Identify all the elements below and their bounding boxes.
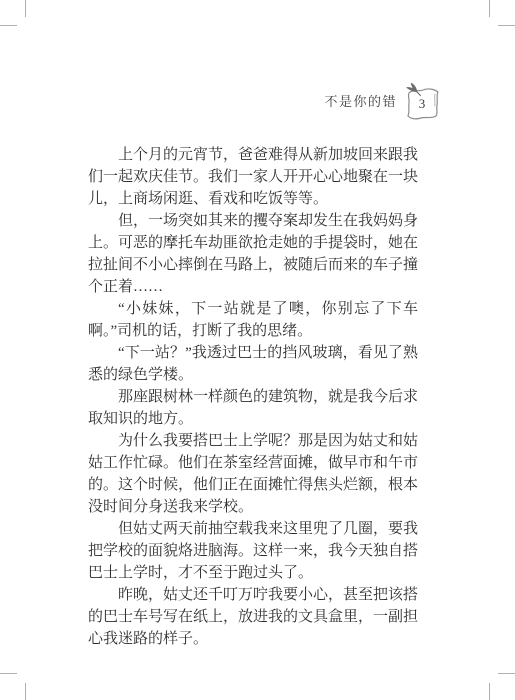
page-number: 3	[419, 96, 426, 111]
paragraph: 为什么我要搭巴士上学呢？那是因为姑丈和姑姑工作忙碌。他们在茶室经营面摊，做早市和…	[88, 430, 418, 518]
crop-mark-bottom-left-vertical	[25, 683, 26, 700]
crop-mark-bottom-left-horizontal	[0, 673, 17, 674]
paragraph: 但姑丈两天前抽空载我来这里兜了几圈，要我把学校的面貌烙进脑海。这样一来，我今天独…	[88, 518, 418, 584]
paragraph: 上个月的元宵节，爸爸难得从新加坡回来跟我们一起欢庆佳节。我们一家人开开心心地聚在…	[88, 144, 418, 210]
crop-mark-top-left-horizontal	[0, 25, 17, 26]
crop-mark-top-left-vertical	[25, 0, 26, 17]
running-head: 不是你的错 3	[0, 82, 442, 118]
paragraph: “下一站？”我透过巴士的挡风玻璃，看见了熟悉的绿色学楼。	[88, 342, 418, 386]
crop-mark-bottom-right-horizontal	[498, 673, 515, 674]
body-text: 上个月的元宵节，爸爸难得从新加坡回来跟我们一起欢庆佳节。我们一家人开开心心地聚在…	[88, 144, 418, 650]
book-page: 不是你的错 3 上个月的元宵节，爸爸难得从新加坡回来跟我们一起欢庆佳节。我们一家…	[0, 0, 515, 700]
paragraph: 但，一场突如其来的攫夺案却发生在我妈妈身上。可恶的摩托车劫匪欲抢走她的手提袋时，…	[88, 210, 418, 298]
crop-mark-top-right-vertical	[489, 0, 490, 17]
paragraph: 那座跟树林一样颜色的建筑物，就是我今后求取知识的地方。	[88, 386, 418, 430]
page-number-badge-icon: 3	[402, 80, 442, 120]
crop-mark-top-right-horizontal	[498, 25, 515, 26]
paragraph: “小妹妹，下一站就是了噢，你别忘了下车啊。”司机的话，打断了我的思绪。	[88, 298, 418, 342]
chapter-title: 不是你的错	[324, 92, 397, 108]
paragraph: 昨晚，姑丈还千叮万咛我要小心，甚至把该搭的巴士车号写在纸上，放进我的文具盒里，一…	[88, 584, 418, 650]
crop-mark-bottom-right-vertical	[489, 683, 490, 700]
